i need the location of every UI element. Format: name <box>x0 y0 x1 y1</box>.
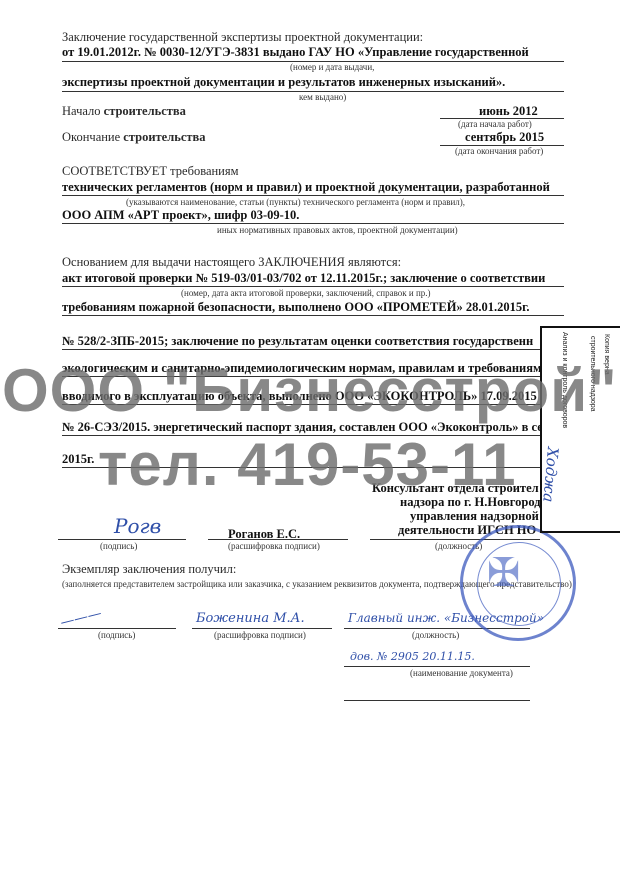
underline <box>62 315 564 316</box>
receipt-position-caption: (должность) <box>412 630 459 640</box>
construction-end-value: сентябрь 2015 <box>465 130 544 145</box>
underline <box>58 539 186 540</box>
watermark-phone: тел. 419-53-11 <box>98 430 516 499</box>
end-label-bold: строительства <box>123 130 205 144</box>
stamp-handwriting: Ходжа <box>539 446 562 503</box>
end-label-prefix: Окончание <box>62 130 123 144</box>
underline <box>344 666 530 667</box>
underline <box>62 349 540 350</box>
expertise-caption-2: кем выдано) <box>299 92 346 102</box>
receipt-name-handwriting: Боженина М.А. <box>196 611 305 626</box>
receipt-name-caption: (расшифровка подписи) <box>214 630 306 640</box>
receipt-signature-caption: (подпись) <box>98 630 135 640</box>
underline <box>208 539 348 540</box>
conformity-label: СООТВЕТСТВУЕТ требованиям <box>62 164 239 179</box>
expertise-caption-1: (номер и дата выдачи, <box>290 62 374 72</box>
watermark-company: ООО "Бизнесстрой" <box>2 356 618 425</box>
construction-end-label: Окончание строительства <box>62 130 206 145</box>
receipt-label: Экземпляр заключения получил: <box>62 562 236 577</box>
construction-start-value: июнь 2012 <box>479 104 538 119</box>
conformity-caption-1: (указываются наименование, статьи (пункт… <box>126 197 465 207</box>
eagle-emblem-icon: ✠ <box>487 550 521 596</box>
start-label-prefix: Начало <box>62 104 104 118</box>
basis-line-3: № 528/2-ЗПБ-2015; заключение по результа… <box>62 334 540 349</box>
round-seal: ✠ <box>460 525 576 641</box>
underline <box>62 223 564 224</box>
signature-caption: (подпись) <box>100 541 137 551</box>
conformity-line-1: технических регламентов (норм и правил) … <box>62 180 550 195</box>
basis-label: Основанием для выдачи настоящего ЗАКЛЮЧЕ… <box>62 255 401 270</box>
underline <box>62 286 564 287</box>
expertise-line-1: от 19.01.2012г. № 0030-12/УГЭ-3831 выдан… <box>62 45 529 60</box>
expertise-line-2: экспертизы проектной документации и резу… <box>62 75 505 90</box>
underline <box>192 628 332 629</box>
underline <box>58 628 176 629</box>
expertise-label: Заключение государственной экспертизы пр… <box>62 30 423 45</box>
construction-start-label: Начало строительства <box>62 104 186 119</box>
construction-end-caption: (дата окончания работ) <box>455 146 543 156</box>
conformity-caption-2: иных нормативных правовых актов, проектн… <box>217 225 458 235</box>
receipt-document-caption: (наименование документа) <box>410 668 513 678</box>
basis-line-2: требованиям пожарной безопасности, выпол… <box>62 300 529 315</box>
receipt-signature: ——— <box>59 605 104 631</box>
basis-line-7: 2015г. <box>62 452 94 467</box>
basis-line-1: акт итоговой проверки № 519-03/01-03/702… <box>62 271 545 286</box>
receipt-document-handwriting: дов. № 2905 20.11.15. <box>350 650 475 663</box>
conformity-line-2: ООО АПМ «АРТ проект», шифр 03-09-10. <box>62 208 299 223</box>
start-label-bold: строительства <box>104 104 186 118</box>
signatory-position-3: управления надзорной <box>410 509 539 524</box>
underline <box>344 700 530 701</box>
basis-caption-1: (номер, дата акта итоговой проверки, зак… <box>181 288 431 298</box>
underline <box>62 195 564 196</box>
signatory-signature: Рогв <box>114 514 161 538</box>
construction-start-caption: (дата начала работ) <box>458 119 532 129</box>
name-caption: (расшифровка подписи) <box>228 541 320 551</box>
